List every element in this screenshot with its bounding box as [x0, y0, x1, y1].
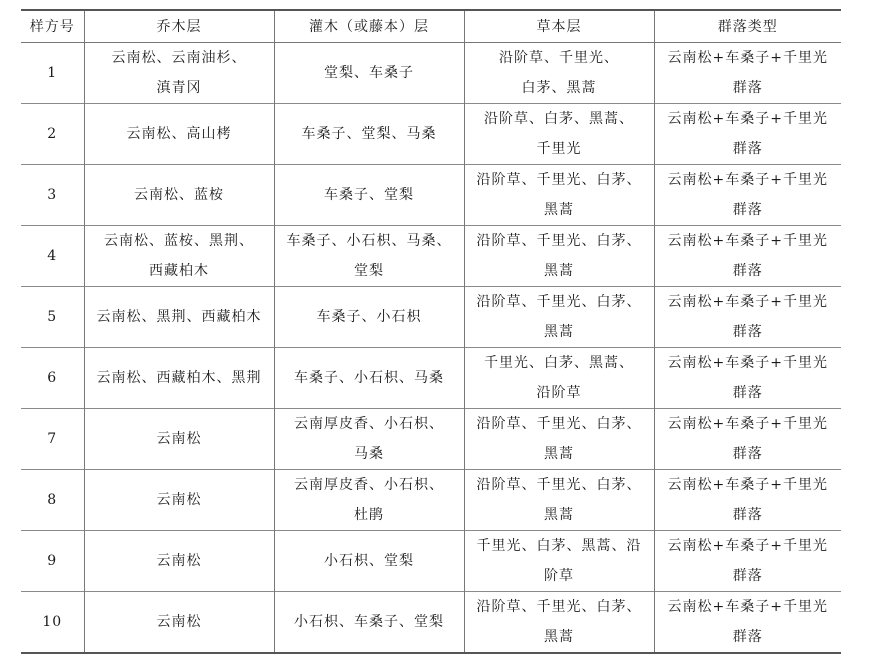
- cell-text: 云南松+车桑子+千里光: [659, 409, 838, 439]
- cell-text: 小石枳、车桑子、堂梨: [279, 607, 460, 637]
- cell-plot-number: 3: [21, 165, 84, 226]
- cell-plot-number: 9: [21, 531, 84, 592]
- cell-text: 云南松、高山栲: [89, 119, 270, 149]
- cell-text: 群落: [659, 73, 838, 103]
- cell-text: 群落: [659, 195, 838, 225]
- cell-community-type: 云南松+车桑子+千里光群落: [654, 470, 841, 531]
- cell-tree-layer: 云南松、云南油杉、滇青冈: [84, 43, 274, 104]
- cell-shrub-layer: 小石枳、车桑子、堂梨: [274, 592, 464, 654]
- cell-text: 群落: [659, 256, 838, 286]
- cell-shrub-layer: 车桑子、堂梨、马桑: [274, 104, 464, 165]
- cell-text: 云南松+车桑子+千里光: [659, 531, 838, 561]
- cell-text: 云南松、云南油杉、: [89, 43, 270, 73]
- cell-shrub-layer: 车桑子、小石枳: [274, 287, 464, 348]
- cell-shrub-layer: 车桑子、小石枳、马桑: [274, 348, 464, 409]
- cell-text: 云南松+车桑子+千里光: [659, 348, 838, 378]
- cell-text: 沿阶草、千里光、白茅、: [469, 592, 650, 622]
- cell-text: 沿阶草、千里光、: [469, 43, 650, 73]
- cell-herb-layer: 沿阶草、千里光、白茅、黑蒿: [464, 592, 654, 654]
- cell-text: 云南松+车桑子+千里光: [659, 165, 838, 195]
- cell-shrub-layer: 堂梨、车桑子: [274, 43, 464, 104]
- cell-text: 黑蒿: [469, 317, 650, 347]
- cell-text: 滇青冈: [89, 73, 270, 103]
- cell-herb-layer: 沿阶草、千里光、白茅、黑蒿: [464, 287, 654, 348]
- cell-tree-layer: 云南松、蓝桉: [84, 165, 274, 226]
- cell-text: 云南松、西藏柏木、黑荆: [89, 363, 270, 393]
- cell-community-type: 云南松+车桑子+千里光群落: [654, 348, 841, 409]
- cell-plot-number: 7: [21, 409, 84, 470]
- cell-herb-layer: 沿阶草、千里光、白茅、黑蒿: [464, 470, 654, 531]
- cell-text: 车桑子、小石枳、马桑、: [279, 226, 460, 256]
- cell-tree-layer: 云南松、西藏柏木、黑荆: [84, 348, 274, 409]
- header-shrub-layer: 灌木（或藤本）层: [274, 10, 464, 43]
- cell-text: 黑蒿: [469, 500, 650, 530]
- cell-plot-number: 4: [21, 226, 84, 287]
- cell-herb-layer: 沿阶草、千里光、白茅、黑蒿: [464, 409, 654, 470]
- cell-herb-layer: 沿阶草、千里光、白茅、黑蒿: [464, 226, 654, 287]
- cell-community-type: 云南松+车桑子+千里光群落: [654, 592, 841, 654]
- cell-text: 杜鹃: [279, 500, 460, 530]
- table-header-row: 样方号 乔木层 灌木（或藤本）层 草本层 群落类型: [21, 10, 841, 43]
- cell-community-type: 云南松+车桑子+千里光群落: [654, 531, 841, 592]
- cell-text: 千里光、白茅、黑蒿、沿: [469, 531, 650, 561]
- cell-herb-layer: 千里光、白茅、黑蒿、沿阶草: [464, 531, 654, 592]
- table-row: 2 云南松、高山栲 车桑子、堂梨、马桑 沿阶草、白茅、黑蒿、千里光 云南松+车桑…: [21, 104, 841, 165]
- cell-text: 云南松、蓝桉: [89, 180, 270, 210]
- table-row: 7 云南松 云南厚皮香、小石枳、马桑 沿阶草、千里光、白茅、黑蒿 云南松+车桑子…: [21, 409, 841, 470]
- cell-text: 堂梨、车桑子: [279, 58, 460, 88]
- cell-shrub-layer: 车桑子、堂梨: [274, 165, 464, 226]
- cell-herb-layer: 沿阶草、白茅、黑蒿、千里光: [464, 104, 654, 165]
- header-herb-layer: 草本层: [464, 10, 654, 43]
- cell-text: 群落: [659, 317, 838, 347]
- cell-plot-number: 8: [21, 470, 84, 531]
- vegetation-survey-table-container: 样方号 乔木层 灌木（或藤本）层 草本层 群落类型 1 云南松、云南油杉、滇青冈…: [21, 9, 841, 654]
- cell-text: 群落: [659, 500, 838, 530]
- cell-text: 群落: [659, 378, 838, 408]
- cell-shrub-layer: 小石枳、堂梨: [274, 531, 464, 592]
- cell-text: 云南松+车桑子+千里光: [659, 470, 838, 500]
- cell-tree-layer: 云南松、黑荆、西藏柏木: [84, 287, 274, 348]
- cell-herb-layer: 沿阶草、千里光、白茅、黑蒿: [464, 165, 654, 226]
- cell-tree-layer: 云南松、高山栲: [84, 104, 274, 165]
- table-row: 5 云南松、黑荆、西藏柏木 车桑子、小石枳 沿阶草、千里光、白茅、黑蒿 云南松+…: [21, 287, 841, 348]
- cell-herb-layer: 沿阶草、千里光、白茅、黑蒿: [464, 43, 654, 104]
- cell-text: 云南厚皮香、小石枳、: [279, 409, 460, 439]
- cell-text: 车桑子、小石枳: [279, 302, 460, 332]
- cell-tree-layer: 云南松: [84, 470, 274, 531]
- cell-text: 沿阶草、白茅、黑蒿、: [469, 104, 650, 134]
- cell-tree-layer: 云南松: [84, 409, 274, 470]
- cell-plot-number: 5: [21, 287, 84, 348]
- cell-text: 云南松+车桑子+千里光: [659, 43, 838, 73]
- cell-community-type: 云南松+车桑子+千里光群落: [654, 104, 841, 165]
- cell-text: 云南松+车桑子+千里光: [659, 592, 838, 622]
- cell-tree-layer: 云南松: [84, 531, 274, 592]
- cell-text: 黑蒿: [469, 622, 650, 652]
- header-plot-number: 样方号: [21, 10, 84, 43]
- cell-text: 云南厚皮香、小石枳、: [279, 470, 460, 500]
- cell-text: 千里光: [469, 134, 650, 164]
- cell-shrub-layer: 云南厚皮香、小石枳、杜鹃: [274, 470, 464, 531]
- cell-plot-number: 10: [21, 592, 84, 654]
- cell-tree-layer: 云南松、蓝桉、黑荆、西藏柏木: [84, 226, 274, 287]
- cell-text: 车桑子、堂梨: [279, 180, 460, 210]
- vegetation-survey-table: 样方号 乔木层 灌木（或藤本）层 草本层 群落类型 1 云南松、云南油杉、滇青冈…: [21, 9, 841, 654]
- cell-text: 云南松、蓝桉、黑荆、: [89, 226, 270, 256]
- cell-community-type: 云南松+车桑子+千里光群落: [654, 165, 841, 226]
- table-body: 1 云南松、云南油杉、滇青冈 堂梨、车桑子 沿阶草、千里光、白茅、黑蒿 云南松+…: [21, 43, 841, 654]
- cell-shrub-layer: 车桑子、小石枳、马桑、堂梨: [274, 226, 464, 287]
- cell-text: 阶草: [469, 561, 650, 591]
- cell-text: 西藏柏木: [89, 256, 270, 286]
- cell-text: 云南松: [89, 607, 270, 637]
- header-tree-layer: 乔木层: [84, 10, 274, 43]
- cell-text: 小石枳、堂梨: [279, 546, 460, 576]
- table-row: 6 云南松、西藏柏木、黑荆 车桑子、小石枳、马桑 千里光、白茅、黑蒿、沿阶草 云…: [21, 348, 841, 409]
- cell-plot-number: 6: [21, 348, 84, 409]
- cell-text: 沿阶草、千里光、白茅、: [469, 409, 650, 439]
- cell-text: 车桑子、小石枳、马桑: [279, 363, 460, 393]
- cell-shrub-layer: 云南厚皮香、小石枳、马桑: [274, 409, 464, 470]
- cell-text: 黑蒿: [469, 256, 650, 286]
- cell-text: 群落: [659, 561, 838, 591]
- cell-plot-number: 1: [21, 43, 84, 104]
- cell-text: 沿阶草、千里光、白茅、: [469, 226, 650, 256]
- cell-community-type: 云南松+车桑子+千里光群落: [654, 43, 841, 104]
- cell-text: 千里光、白茅、黑蒿、: [469, 348, 650, 378]
- cell-community-type: 云南松+车桑子+千里光群落: [654, 226, 841, 287]
- cell-text: 群落: [659, 439, 838, 469]
- cell-text: 沿阶草、千里光、白茅、: [469, 470, 650, 500]
- table-row: 8 云南松 云南厚皮香、小石枳、杜鹃 沿阶草、千里光、白茅、黑蒿 云南松+车桑子…: [21, 470, 841, 531]
- cell-text: 云南松: [89, 485, 270, 515]
- cell-text: 云南松+车桑子+千里光: [659, 287, 838, 317]
- cell-text: 沿阶草: [469, 378, 650, 408]
- cell-text: 黑蒿: [469, 439, 650, 469]
- cell-text: 马桑: [279, 439, 460, 469]
- table-row: 4 云南松、蓝桉、黑荆、西藏柏木 车桑子、小石枳、马桑、堂梨 沿阶草、千里光、白…: [21, 226, 841, 287]
- header-community-type: 群落类型: [654, 10, 841, 43]
- cell-text: 云南松: [89, 424, 270, 454]
- cell-community-type: 云南松+车桑子+千里光群落: [654, 409, 841, 470]
- table-row: 1 云南松、云南油杉、滇青冈 堂梨、车桑子 沿阶草、千里光、白茅、黑蒿 云南松+…: [21, 43, 841, 104]
- table-row: 3 云南松、蓝桉 车桑子、堂梨 沿阶草、千里光、白茅、黑蒿 云南松+车桑子+千里…: [21, 165, 841, 226]
- cell-text: 白茅、黑蒿: [469, 73, 650, 103]
- cell-text: 群落: [659, 622, 838, 652]
- cell-text: 云南松+车桑子+千里光: [659, 226, 838, 256]
- cell-text: 堂梨: [279, 256, 460, 286]
- cell-text: 群落: [659, 134, 838, 164]
- table-row: 9 云南松 小石枳、堂梨 千里光、白茅、黑蒿、沿阶草 云南松+车桑子+千里光群落: [21, 531, 841, 592]
- cell-text: 沿阶草、千里光、白茅、: [469, 287, 650, 317]
- cell-community-type: 云南松+车桑子+千里光群落: [654, 287, 841, 348]
- cell-text: 云南松: [89, 546, 270, 576]
- cell-plot-number: 2: [21, 104, 84, 165]
- cell-text: 车桑子、堂梨、马桑: [279, 119, 460, 149]
- cell-text: 云南松+车桑子+千里光: [659, 104, 838, 134]
- cell-herb-layer: 千里光、白茅、黑蒿、沿阶草: [464, 348, 654, 409]
- cell-text: 云南松、黑荆、西藏柏木: [89, 302, 270, 332]
- cell-tree-layer: 云南松: [84, 592, 274, 654]
- cell-text: 黑蒿: [469, 195, 650, 225]
- cell-text: 沿阶草、千里光、白茅、: [469, 165, 650, 195]
- table-row: 10 云南松 小石枳、车桑子、堂梨 沿阶草、千里光、白茅、黑蒿 云南松+车桑子+…: [21, 592, 841, 654]
